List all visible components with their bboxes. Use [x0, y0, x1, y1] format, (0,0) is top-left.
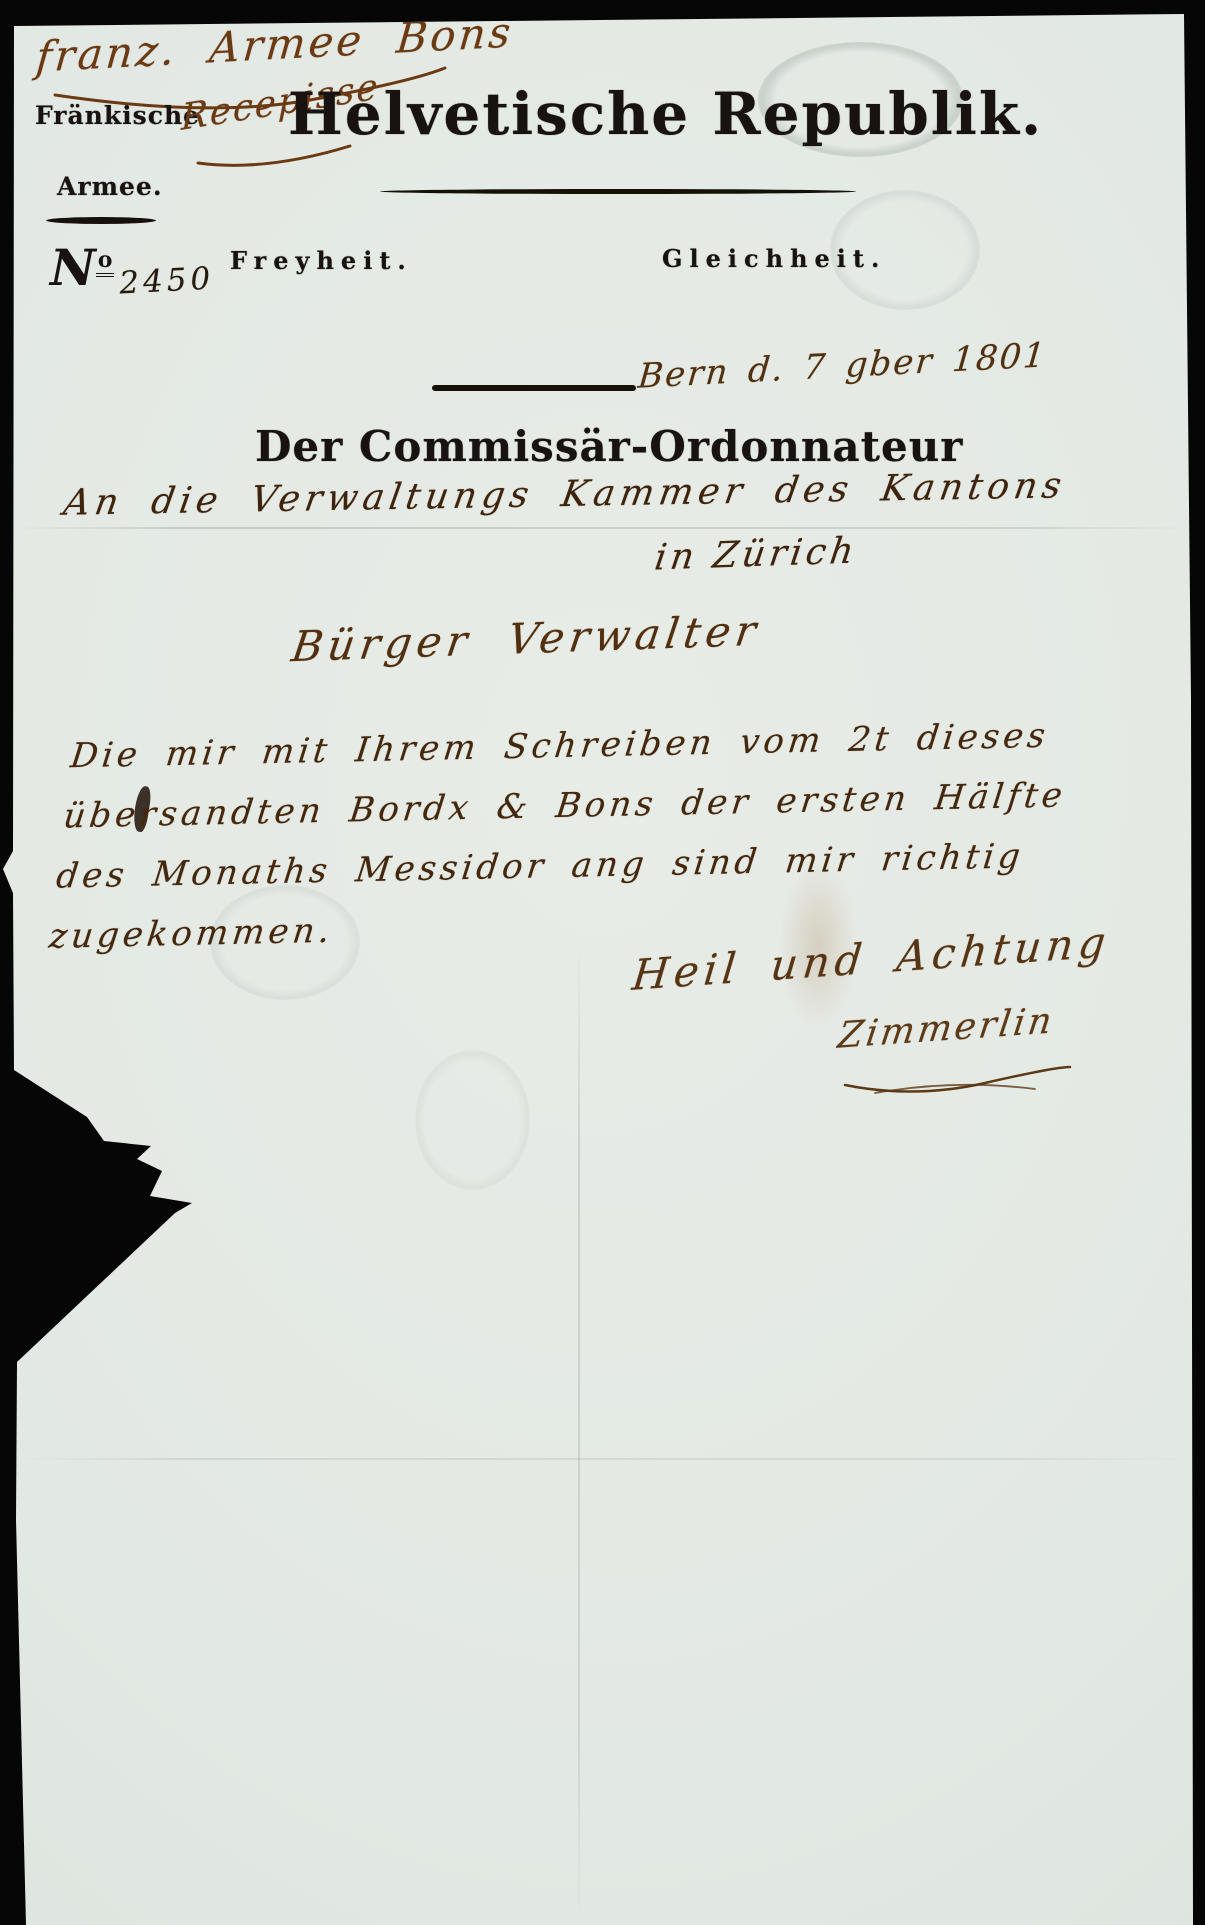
corps-rule — [46, 217, 156, 224]
signature: Zimmerlin — [835, 1000, 1057, 1057]
corps-name-line2: Armee. — [57, 172, 163, 201]
corps-name-line1: Fränkische — [35, 101, 200, 130]
salutation: Bürger Verwalter — [289, 606, 764, 672]
fold-crease-horizontal — [0, 527, 1205, 529]
address-line-1: An die Verwaltungs Kammer des Kantons — [61, 465, 1069, 524]
motto-freyheit: Freyheit. — [230, 246, 413, 275]
document-paper: franz. Armee Bons Fränkische Armee. Rece… — [0, 0, 1205, 1925]
fold-crease-vertical — [578, 940, 580, 1925]
masthead-title: Helvetische Republik. — [288, 80, 1043, 148]
signature-flourish — [835, 1055, 1075, 1100]
dateline-rule — [432, 385, 636, 391]
fold-crease-horizontal-lower — [0, 1458, 1205, 1460]
motto-gleichheit: Gleichheit. — [662, 244, 886, 273]
number-label: N — [50, 238, 96, 297]
faint-ring-center — [415, 1050, 530, 1190]
masthead-rule — [380, 189, 856, 194]
handwritten-dateline: Bern d. 7 gber 1801 — [637, 335, 1049, 397]
office-heading: Der Commissär-Ordonnateur — [255, 422, 963, 471]
address-line-2: in Zürich — [652, 530, 860, 578]
document-number: No 2450 — [50, 238, 214, 297]
letter-body: Die mir mit Ihrem Schreiben vom 2t diese… — [46, 705, 1077, 967]
number-value-handwritten: 2450 — [119, 261, 216, 302]
